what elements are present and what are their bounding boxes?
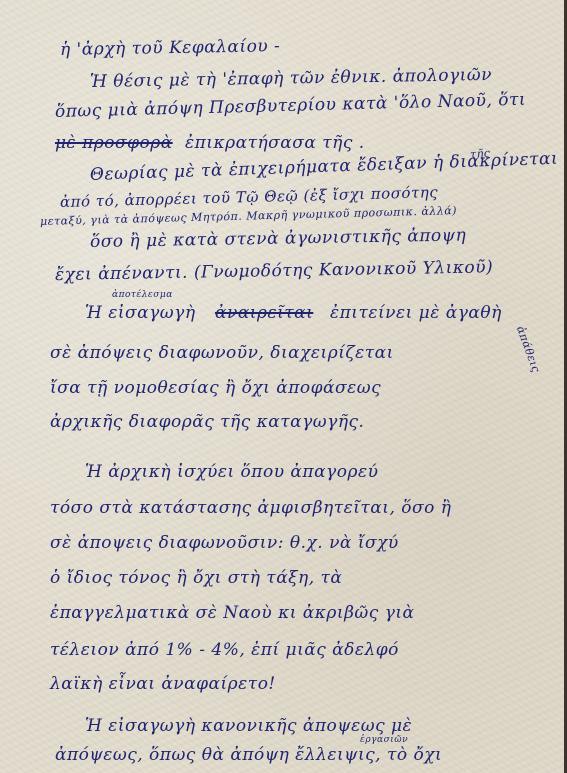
struck-text: ἀναιρεῖται — [215, 303, 313, 323]
text-line: ἔχει ἀπέναντι. (Γνωμοδότης Κανονικοῦ Υλι… — [55, 257, 493, 285]
text-line: Ἡ ἀρχικὴ ἰσχύει ὅπου ἀπαγορεύ — [85, 462, 378, 482]
text-line: Ἡ εἰσαγωγὴ κανονικῆς ἀποψεως μὲ — [85, 716, 412, 736]
text-line: ἴσα τῇ νομοθεσίας ἢ ὄχι ἀποφάσεως — [50, 378, 381, 398]
text-line: ὅσο ἢ μὲ κατὰ στενὰ ἀγωνιστικῆς ἀποψη — [90, 225, 467, 252]
superscript-insertion: ἀποτέλεσμα — [112, 290, 173, 300]
text-line: ὁ ἴδιος τόνος ἢ ὄχι στὴ τάξη, τὰ — [50, 568, 342, 588]
manuscript-page: ἡ 'ἀρχὴ τοῦ Κεφαλαίου - Ἡ θέσις μὲ τὴ 'ἐ… — [0, 0, 567, 773]
superscript-insertion: ἐργασιῶν — [360, 735, 408, 745]
text-line: ὅπως μιὰ ἀπόψη Πρεσβυτερίου κατὰ 'ὅλο Να… — [55, 90, 527, 122]
text-line: ἐπικρατήσασα τῆς . — [185, 133, 365, 153]
text-line: λαϊκὴ εἶναι ἀναφαίρετο! — [50, 674, 276, 694]
struck-text: μὲ προσφορὰ — [55, 133, 173, 153]
text-line: ἀπόψεως, ὅπως θὰ ἀπόψη ἔλλειψις, τὸ ὄχι — [55, 745, 442, 765]
text-line: τόσο στὰ κατάστασης ἀμφισβητεῖται, ὅσο ἢ — [50, 498, 451, 518]
text-line: σὲ ἀποψεις διαφωνοῦσιν: θ.χ. νὰ ἴσχύ — [50, 533, 399, 553]
text-line: ἀρχικῆς διαφορᾶς τῆς καταγωγῆς. — [50, 412, 364, 432]
text-line: Θεωρίας μὲ τὰ ἐπιχειρήματα ἔδειξαν ἡ δια… — [90, 149, 559, 185]
text-line: ἡ 'ἀρχὴ τοῦ Κεφαλαίου - — [60, 36, 281, 60]
text-line: ἐπιτείνει μὲ ἀγαθὴ — [330, 303, 502, 323]
margin-insertion: ἀπάθεις — [514, 324, 543, 374]
text-line: ἐπαγγελματικὰ σὲ Ναοὺ κι ἀκριβῶς γιὰ — [50, 603, 415, 623]
text-line: τέλειον ἀπό 1% - 4%, ἐπί μιᾶς ἀδελφό — [50, 640, 399, 660]
text-line: Ἡ εἰσαγωγὴ — [85, 303, 196, 323]
text-line: σὲ ἀπόψεις διαφωνοῦν, διαχειρίζεται — [50, 343, 394, 363]
text-line: Ἡ θέσις μὲ τὴ 'ἐπαφὴ τῶν ἐθνικ. ἀπολογιῶ… — [90, 65, 492, 92]
